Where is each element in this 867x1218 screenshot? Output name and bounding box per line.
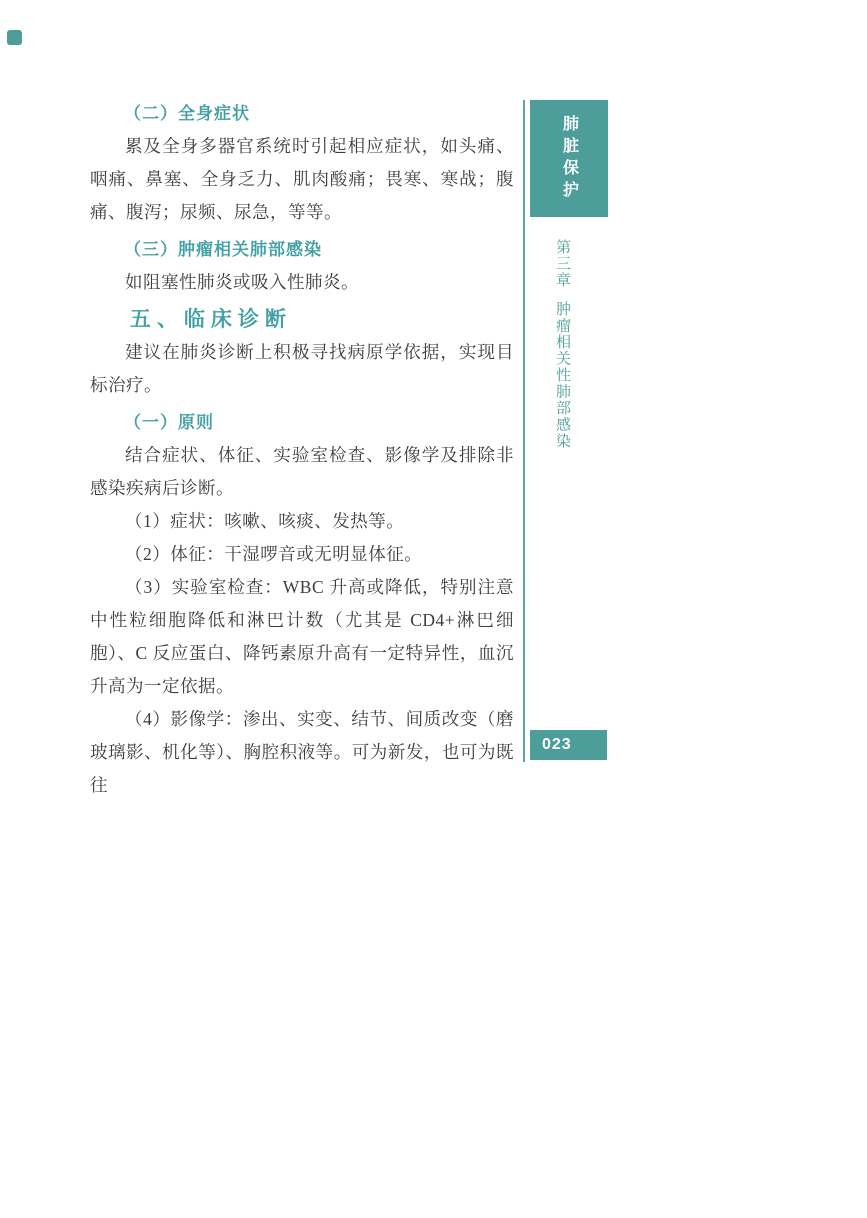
book-page: （二）全身症状 累及全身多器官系统时引起相应症状，如头痛、咽痛、鼻塞、全身乏力、… <box>0 0 867 1218</box>
book-title-vertical: 肺脏保护 <box>558 115 581 203</box>
paragraph-tumor-related-infection: 如阻塞性肺炎或吸入性肺炎。 <box>90 266 514 299</box>
sidebar-divider-rule <box>523 100 525 762</box>
chapter-number-label: 第三章 <box>554 239 571 289</box>
sidebar-chapter: 第三章肿瘤相关性肺部感染 <box>552 239 573 449</box>
paragraph-item-1-symptoms: （1）症状：咳嗽、咳痰、发热等。 <box>90 505 514 538</box>
sidebar-band: 肺脏保护 <box>530 100 608 217</box>
section-heading-clinical-diagnosis: 五、临床诊断 <box>90 303 514 336</box>
paragraph-diagnosis-intro: 建议在肺炎诊断上积极寻找病原学依据，实现目标治疗。 <box>90 336 514 402</box>
paragraph-principles: 结合症状、体征、实验室检查、影像学及排除非感染疾病后诊断。 <box>90 439 514 505</box>
sub-heading-tumor-related-infection: （三）肿瘤相关肺部感染 <box>90 233 514 266</box>
chapter-title-vertical: 肿瘤相关性肺部感染 <box>552 301 573 450</box>
sub-heading-systemic-symptoms: （二）全身症状 <box>90 97 514 130</box>
corner-mark <box>7 30 22 45</box>
content-column: （二）全身症状 累及全身多器官系统时引起相应症状，如头痛、咽痛、鼻塞、全身乏力、… <box>90 97 514 802</box>
paragraph-item-3-lab-tests: （3）实验室检查：WBC 升高或降低，特别注意中性粒细胞降低和淋巴计数（尤其是 … <box>90 571 514 703</box>
page-number: 023 <box>542 736 572 753</box>
sub-heading-principles: （一）原则 <box>90 406 514 439</box>
page-number-badge: 023 <box>530 730 607 760</box>
paragraph-systemic-symptoms: 累及全身多器官系统时引起相应症状，如头痛、咽痛、鼻塞、全身乏力、肌肉酸痛；畏寒、… <box>90 130 514 229</box>
paragraph-item-2-signs: （2）体征：干湿啰音或无明显体征。 <box>90 538 514 571</box>
paragraph-item-4-imaging: （4）影像学：渗出、实变、结节、间质改变（磨玻璃影、机化等）、胸腔积液等。可为新… <box>90 703 514 802</box>
